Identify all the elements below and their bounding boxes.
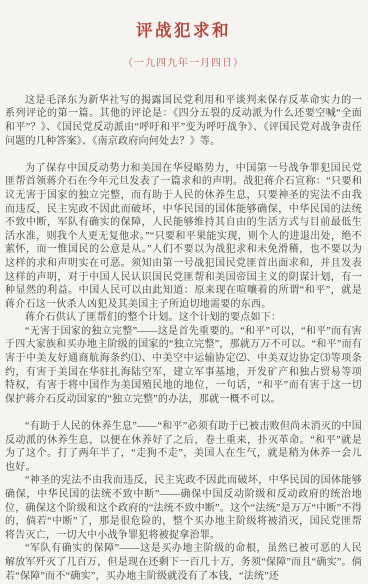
paragraph-plan-intro: 蒋介石供认了匪帮们的整个计划。这个计划的要点如下： xyxy=(5,311,362,325)
article-date: （一九四九年一月四日） xyxy=(5,54,362,69)
paragraph-point-independence: “无害于国家的独立完整”——这是首先重要的。“和平”可以，“和平”而有害于四大家… xyxy=(5,325,362,407)
paragraph-point-constitution: “神圣的宪法不由我而违反，民主宪政不因此而破坏，中华民国的国体能够确保，中华民国… xyxy=(5,474,362,542)
article-title: 评战犯求和 xyxy=(5,21,362,41)
article-body: 这是毛泽东为新华社写的揭露国民党利用和平谈判来保存反革命实力的一系列评论的第一篇… xyxy=(5,94,362,583)
paragraph-intro: 这是毛泽东为新华社写的揭露国民党利用和平谈判来保存反革命实力的一系列评论的第一篇… xyxy=(5,94,362,148)
paragraph-point-army: “军队有确实的保障”——这是买办地主阶级的命根，虽然已被可恶的人民解放军歼灭了几… xyxy=(5,542,362,583)
paragraph-point-recuperation: “有助于人民的休养生息”——“和平”必须有助于已被击败但尚未消灭的中国反动派的休… xyxy=(5,420,362,474)
document-page: 评战犯求和 （一九四九年一月四日） 这是毛泽东为新华社写的揭露国民党利用和平谈判… xyxy=(0,0,368,584)
paragraph-statement: 为了保存中国反动势力和美国在华侵略势力，中国第一号战争罪犯国民党匪帮首领蒋介石在… xyxy=(5,162,362,312)
